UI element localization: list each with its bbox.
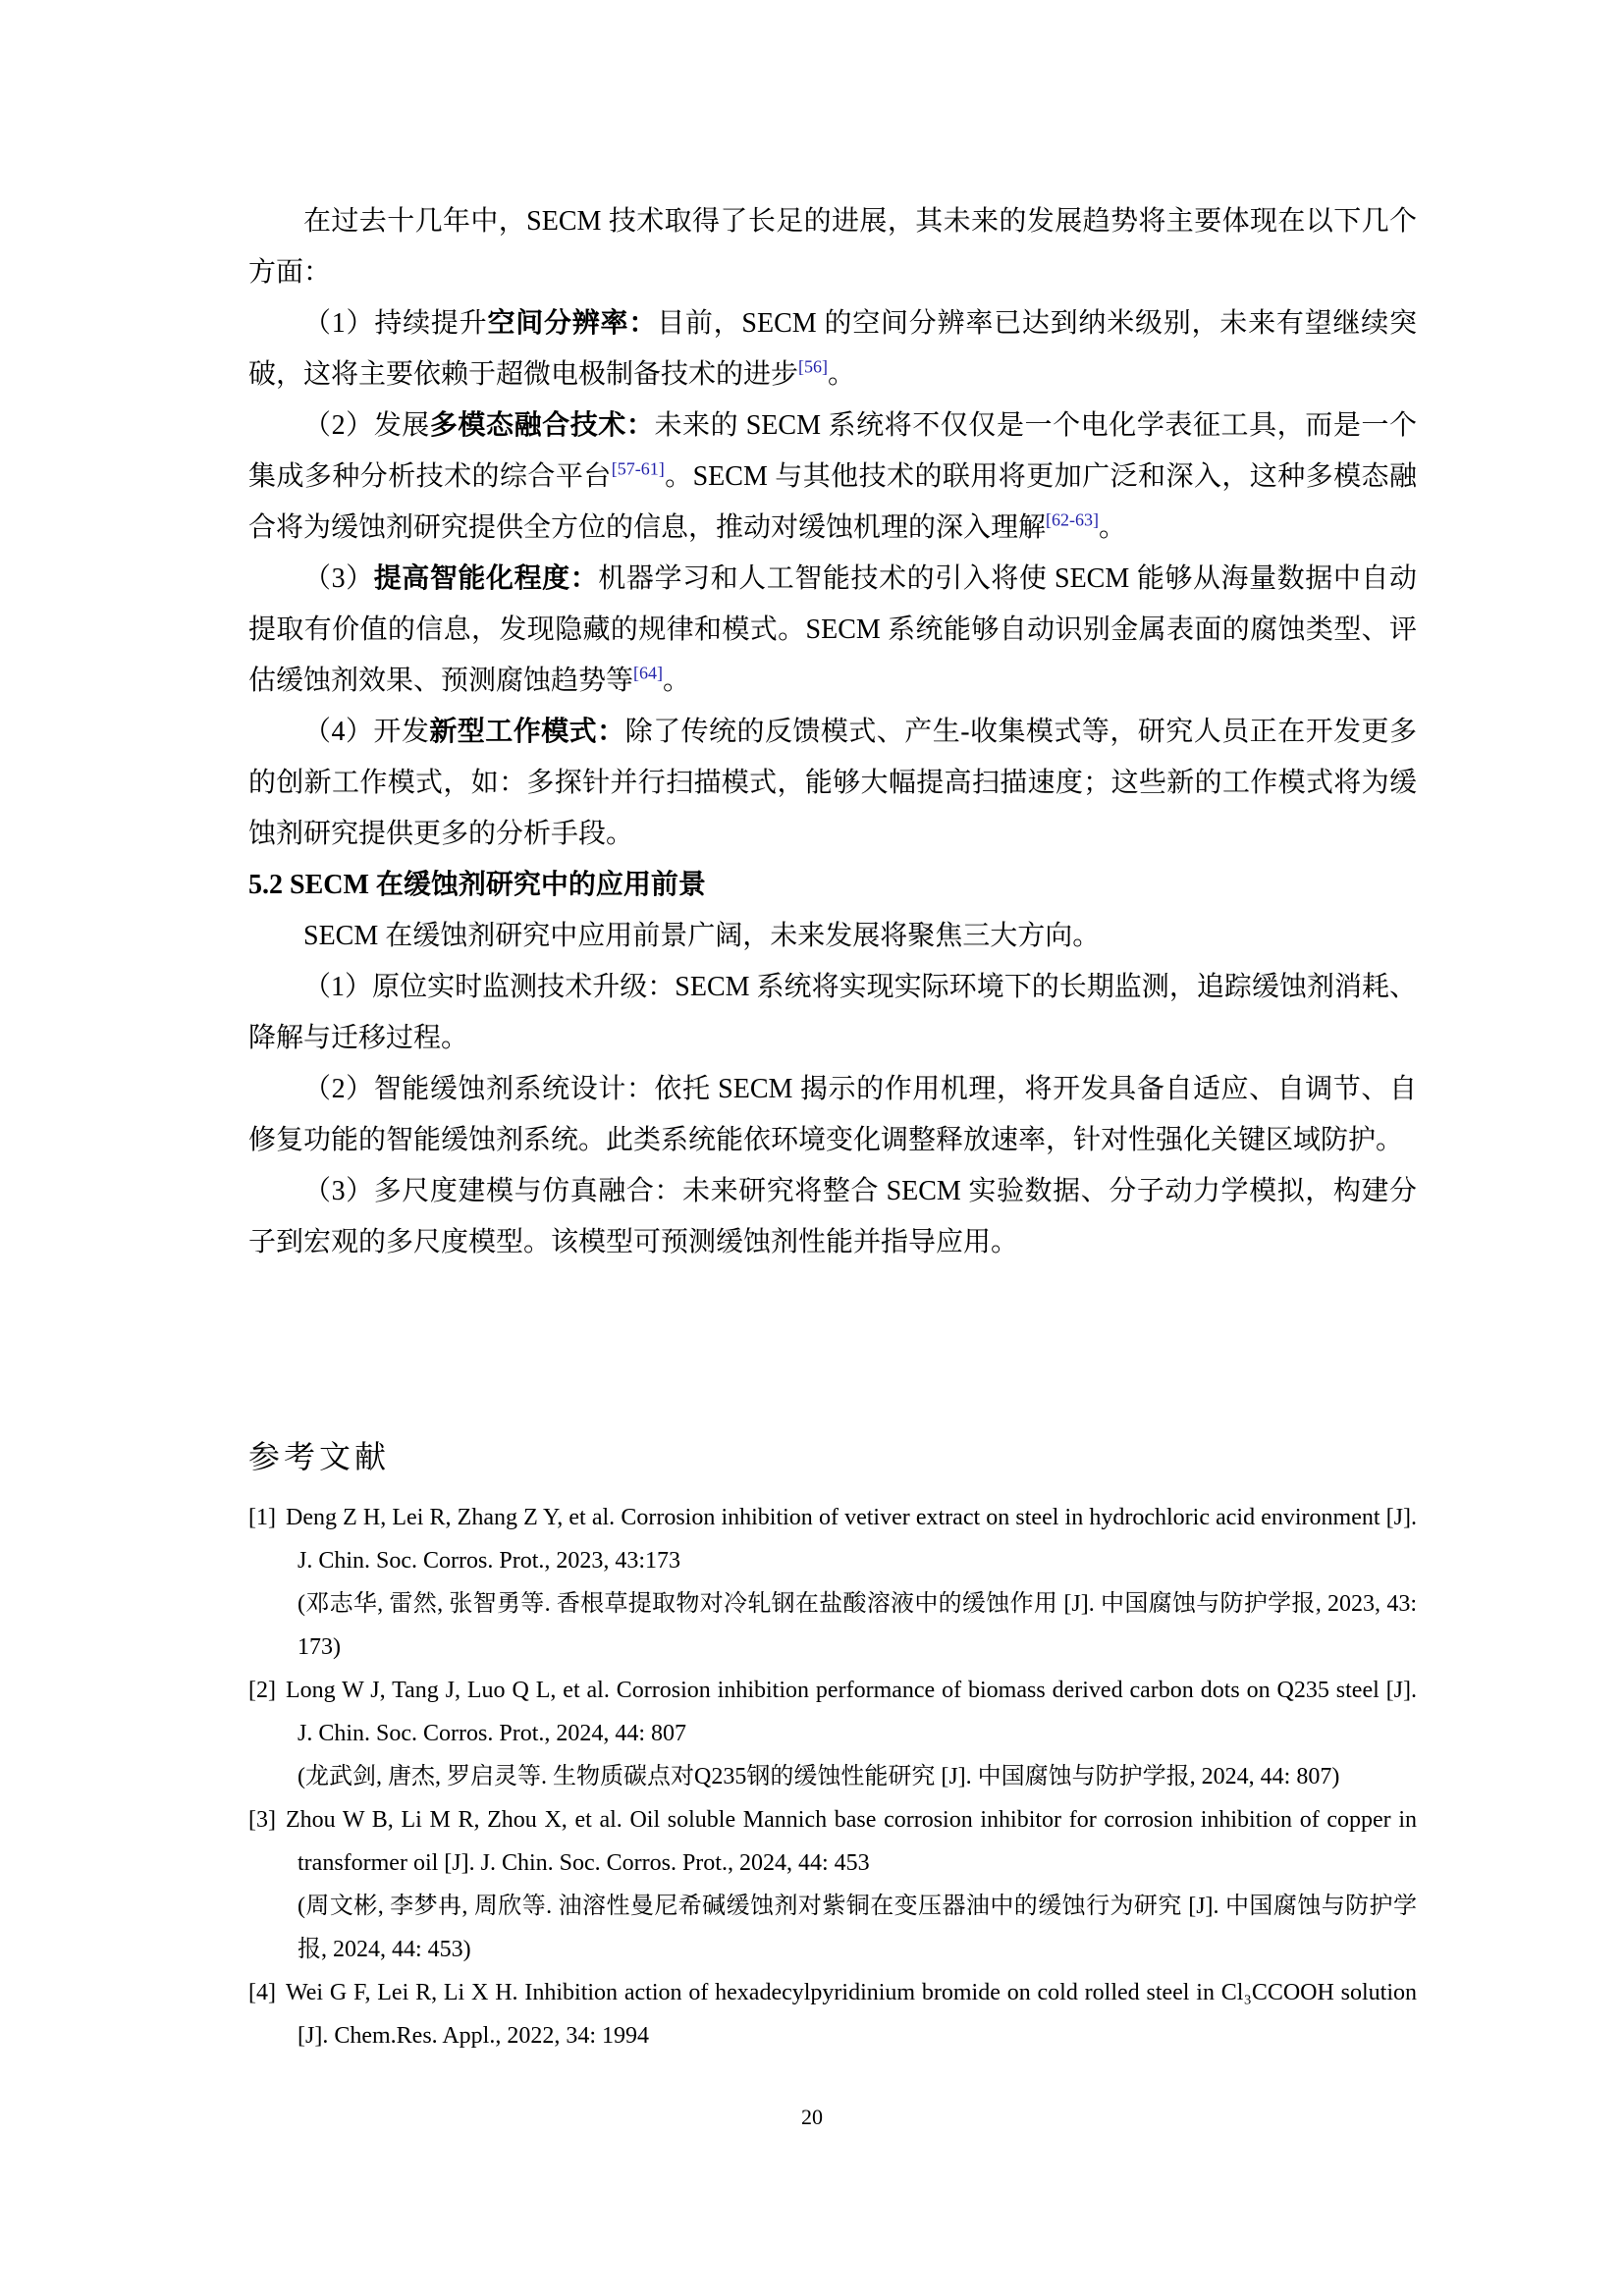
reference-marker: [4] — [248, 1980, 286, 2005]
reference-english: [1]Deng Z H, Lei R, Zhang Z Y, et al. Co… — [298, 1496, 1417, 1582]
paragraph: （4）开发新型工作模式：除了传统的反馈模式、产生-收集模式等，研究人员正在开发更… — [248, 707, 1417, 860]
section-5-2-paragraphs: SECM 在缓蚀剂研究中应用前景广阔，未来发展将聚焦三大方向。（1）原位实时监测… — [248, 911, 1417, 1268]
reference-entry: [1]Deng Z H, Lei R, Zhang Z Y, et al. Co… — [248, 1496, 1417, 1669]
text-run: （3） — [303, 563, 374, 594]
section-5-2-heading: 5.2 SECM 在缓蚀剂研究中的应用前景 — [248, 860, 1417, 911]
paragraph: 在过去十几年中，SECM 技术取得了长足的进展，其未来的发展趋势将主要体现在以下… — [248, 196, 1417, 298]
reference-marker: [2] — [248, 1678, 286, 1703]
reference-english: [4]Wei G F, Lei R, Li X H. Inhibition ac… — [298, 1971, 1417, 2057]
reference-english-text: Zhou W B, Li M R, Zhou X, et al. Oil sol… — [286, 1807, 1417, 1876]
text-run: （2）发展 — [303, 410, 430, 441]
text-run: （1）持续提升 — [303, 308, 487, 339]
reference-english: [2]Long W J, Tang J, Luo Q L, et al. Cor… — [298, 1669, 1417, 1755]
paragraph: （1）持续提升空间分辨率：目前，SECM 的空间分辨率已达到纳米级别，未来有望继… — [248, 298, 1417, 400]
reference-entry: [4]Wei G F, Lei R, Li X H. Inhibition ac… — [248, 1971, 1417, 2057]
text-run: 。 — [1099, 512, 1126, 543]
reference-marker: [3] — [248, 1807, 286, 1833]
references-section: 参考文献 [1]Deng Z H, Lei R, Zhang Z Y, et a… — [248, 1435, 1417, 2057]
bold-term: 空间分辨率： — [487, 308, 657, 339]
reference-marker: [1] — [248, 1505, 286, 1530]
bold-term: 提高智能化程度： — [374, 563, 599, 594]
text-run: 。 — [663, 666, 690, 696]
page-number: 20 — [0, 2103, 1624, 2132]
section-5-1-paragraphs: 在过去十几年中，SECM 技术取得了长足的进展，其未来的发展趋势将主要体现在以下… — [248, 196, 1417, 860]
text-run: SECM 在缓蚀剂研究中应用前景广阔，未来发展将聚焦三大方向。 — [303, 921, 1100, 951]
reference-english-text: Long W J, Tang J, Luo Q L, et al. Corros… — [286, 1678, 1417, 1746]
document-page: 在过去十几年中，SECM 技术取得了长足的进展，其未来的发展趋势将主要体现在以下… — [0, 0, 1624, 2296]
reference-english-text: Wei G F, Lei R, Li X H. Inhibition actio… — [286, 1980, 1417, 2049]
text-run: （2）智能缓蚀剂系统设计：依托 SECM 揭示的作用机理，将开发具备自适应、自调… — [248, 1074, 1417, 1155]
citation-ref[interactable]: [56] — [798, 357, 828, 377]
main-text: 在过去十几年中，SECM 技术取得了长足的进展，其未来的发展趋势将主要体现在以下… — [248, 196, 1417, 1268]
text-run: （3）多尺度建模与仿真融合：未来研究将整合 SECM 实验数据、分子动力学模拟，… — [248, 1176, 1417, 1257]
reference-chinese: (邓志华, 雷然, 张智勇等. 香根草提取物对冷轧钢在盐酸溶液中的缓蚀作用 [J… — [298, 1582, 1417, 1669]
reference-entry: [3]Zhou W B, Li M R, Zhou X, et al. Oil … — [248, 1798, 1417, 1971]
reference-entry: [2]Long W J, Tang J, Luo Q L, et al. Cor… — [248, 1669, 1417, 1798]
references-list: [1]Deng Z H, Lei R, Zhang Z Y, et al. Co… — [248, 1496, 1417, 2057]
citation-ref[interactable]: [62-63] — [1046, 510, 1099, 530]
reference-english-text: Deng Z H, Lei R, Zhang Z Y, et al. Corro… — [286, 1505, 1417, 1574]
bold-term: 多模态融合技术： — [430, 410, 655, 441]
references-heading: 参考文献 — [248, 1435, 1417, 1478]
paragraph: （1）原位实时监测技术升级：SECM 系统将实现实际环境下的长期监测，追踪缓蚀剂… — [248, 962, 1417, 1064]
text-run: 。 — [828, 359, 855, 390]
paragraph: （3）提高智能化程度：机器学习和人工智能技术的引入将使 SECM 能够从海量数据… — [248, 554, 1417, 707]
citation-ref[interactable]: [57-61] — [612, 459, 665, 479]
text-run: （4）开发 — [303, 717, 429, 747]
text-run: 在过去十几年中，SECM 技术取得了长足的进展，其未来的发展趋势将主要体现在以下… — [248, 206, 1417, 288]
text-run: （1）原位实时监测技术升级：SECM 系统将实现实际环境下的长期监测，追踪缓蚀剂… — [248, 972, 1417, 1053]
citation-ref[interactable]: [64] — [633, 664, 663, 683]
reference-chinese: (周文彬, 李梦冉, 周欣等. 油溶性曼尼希碱缓蚀剂对紫铜在变压器油中的缓蚀行为… — [298, 1885, 1417, 1971]
bold-term: 新型工作模式： — [429, 717, 624, 747]
reference-chinese: (龙武剑, 唐杰, 罗启灵等. 生物质碳点对Q235钢的缓蚀性能研究 [J]. … — [298, 1755, 1417, 1798]
paragraph: （3）多尺度建模与仿真融合：未来研究将整合 SECM 实验数据、分子动力学模拟，… — [248, 1166, 1417, 1268]
reference-english: [3]Zhou W B, Li M R, Zhou X, et al. Oil … — [298, 1798, 1417, 1885]
paragraph: （2）智能缓蚀剂系统设计：依托 SECM 揭示的作用机理，将开发具备自适应、自调… — [248, 1064, 1417, 1166]
paragraph: （2）发展多模态融合技术：未来的 SECM 系统将不仅仅是一个电化学表征工具，而… — [248, 400, 1417, 554]
paragraph: SECM 在缓蚀剂研究中应用前景广阔，未来发展将聚焦三大方向。 — [248, 911, 1417, 962]
